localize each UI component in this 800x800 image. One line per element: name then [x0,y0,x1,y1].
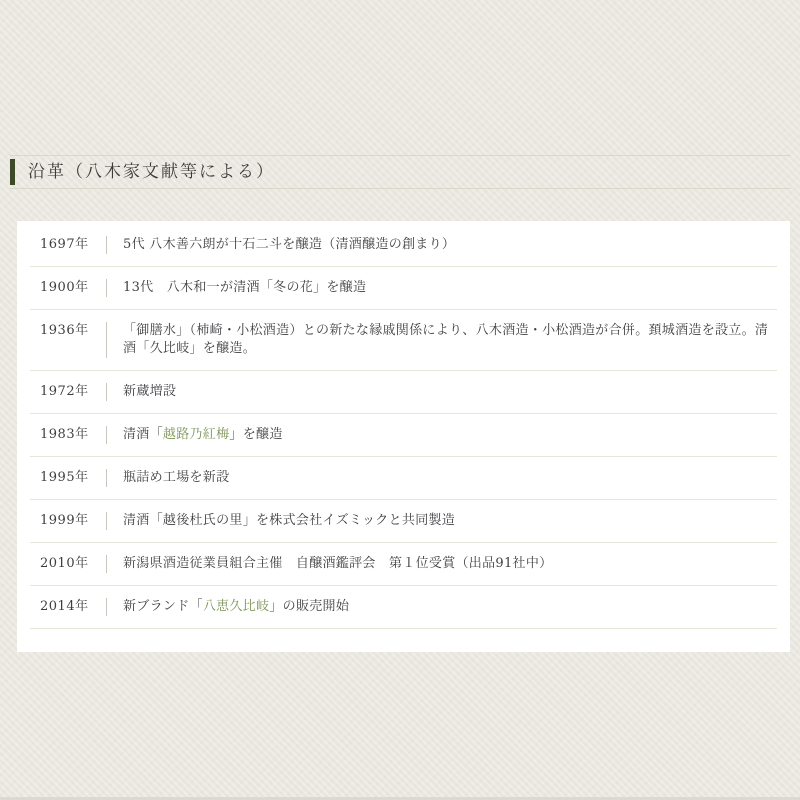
row-text-segment: 新潟県酒造従業員組合主催 自醸酒鑑評会 第１位受賞（出品91社中） [123,556,552,571]
row-year: 1999年 [30,512,106,530]
row-text-segment: 「御膳水」（柿崎・小松酒造）との新たな縁戚関係により、八木酒造・小松酒造が合併。… [123,323,768,356]
row-year: 1936年 [30,322,106,358]
row-text-segment: 5代 八木善六朗が十石二斗を醸造（清酒醸造の創まり） [123,237,455,252]
row-text-segment: 新蔵増設 [123,384,176,399]
table-row: 1972年 新蔵増設 [30,371,777,414]
brand-link[interactable]: 八恵久比岐 [203,599,270,614]
row-text-segment: 13代 八木和一が清酒「冬の花」を醸造 [123,280,366,295]
row-text: 「御膳水」（柿崎・小松酒造）との新たな縁戚関係により、八木酒造・小松酒造が合併。… [106,322,777,358]
row-text-segment: 」の販売開始 [269,599,349,614]
row-text: 清酒「越路乃紅梅」を醸造 [106,426,777,444]
table-row: 1999年 清酒「越後杜氏の里」を株式会社イズミックと共同製造 [30,500,777,543]
table-row: 2014年 新ブランド「八恵久比岐」の販売開始 [30,586,777,629]
table-row: 1697年 5代 八木善六朗が十石二斗を醸造（清酒醸造の創まり） [30,224,777,267]
row-year: 1983年 [30,426,106,444]
table-row: 1995年 瓶詰め工場を新設 [30,457,777,500]
accent-bar-icon [10,159,15,185]
row-text-segment: 」を醸造 [229,427,282,442]
row-text: 清酒「越後杜氏の里」を株式会社イズミックと共同製造 [106,512,777,530]
row-year: 2010年 [30,555,106,573]
row-year: 2014年 [30,598,106,616]
row-text: 瓶詰め工場を新設 [106,469,777,487]
table-row: 1900年 13代 八木和一が清酒「冬の花」を醸造 [30,267,777,310]
row-text-segment: 清酒「越後杜氏の里」を株式会社イズミックと共同製造 [123,513,455,528]
row-text: 新蔵増設 [106,383,777,401]
row-text-segment: 新ブランド「 [123,599,203,614]
row-text: 新ブランド「八恵久比岐」の販売開始 [106,598,777,616]
page-background: 沿革（八木家文献等による） 1697年 5代 八木善六朗が十石二斗を醸造（清酒醸… [0,0,800,800]
table-row: 1983年 清酒「越路乃紅梅」を醸造 [30,414,777,457]
row-text: 新潟県酒造従業員組合主催 自醸酒鑑評会 第１位受賞（出品91社中） [106,555,777,573]
row-year: 1697年 [30,236,106,254]
history-card: 1697年 5代 八木善六朗が十石二斗を醸造（清酒醸造の創まり） 1900年 1… [17,221,790,652]
row-text-segment: 瓶詰め工場を新設 [123,470,229,485]
history-table: 1697年 5代 八木善六朗が十石二斗を醸造（清酒醸造の創まり） 1900年 1… [30,224,777,629]
row-year: 1900年 [30,279,106,297]
page-title: 沿革（八木家文献等による） [28,163,275,181]
row-year: 1995年 [30,469,106,487]
row-text: 13代 八木和一が清酒「冬の花」を醸造 [106,279,777,297]
table-row: 2010年 新潟県酒造従業員組合主催 自醸酒鑑評会 第１位受賞（出品91社中） [30,543,777,586]
section-header: 沿革（八木家文献等による） [10,155,791,189]
row-year: 1972年 [30,383,106,401]
row-text: 5代 八木善六朗が十石二斗を醸造（清酒醸造の創まり） [106,236,777,254]
row-text-segment: 清酒「 [123,427,163,442]
brand-link[interactable]: 越路乃紅梅 [163,427,230,442]
table-row: 1936年 「御膳水」（柿崎・小松酒造）との新たな縁戚関係により、八木酒造・小松… [30,310,777,371]
